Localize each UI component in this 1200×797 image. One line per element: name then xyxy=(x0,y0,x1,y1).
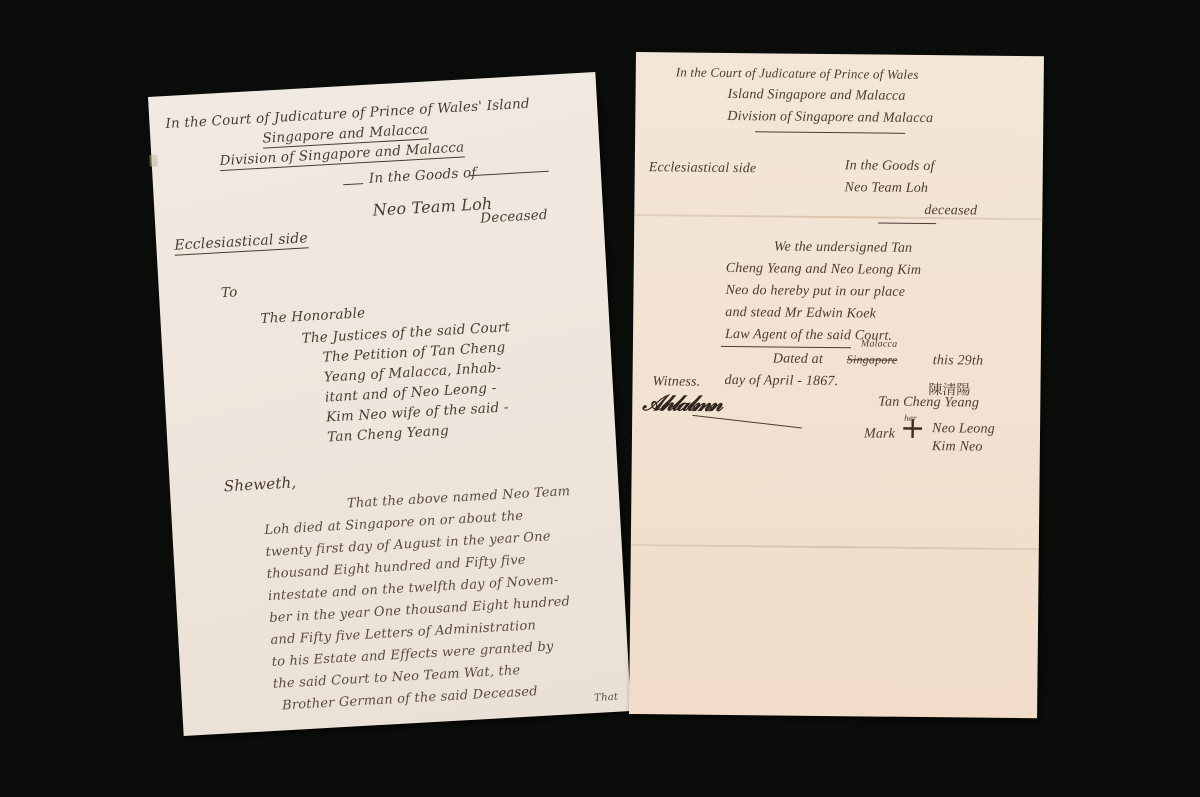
witness-signature: 𝒜𝒽𝓁𝒶𝓁𝓂𝓃 xyxy=(642,390,721,417)
body-line-1: We the undersigned Tan xyxy=(774,239,912,256)
deceased-label: deceased xyxy=(924,203,977,220)
signatory-2-line-1: Neo Leong xyxy=(932,421,995,438)
heading-line-1: In the Court of Judicature of Prince of … xyxy=(676,64,919,83)
dash-rule xyxy=(343,183,363,185)
signature-flourish xyxy=(692,415,801,429)
deceased-name: Neo Team Loh xyxy=(845,180,929,197)
deceased-name: Neo Team Loh xyxy=(372,194,493,220)
in-the-goods-of: In the Goods of xyxy=(845,158,935,175)
heading-line-3: Division of Singapore and Malacca xyxy=(727,109,933,127)
sheweth-label: Sheweth, xyxy=(223,473,296,495)
to-label: To xyxy=(221,284,238,301)
signatory-2-line-2: Kim Neo xyxy=(932,439,983,456)
dated-prefix: Dated at xyxy=(773,351,823,368)
petition-line-5: Tan Cheng Yeang xyxy=(327,423,449,446)
goods-rule xyxy=(469,171,549,176)
mark-label: Mark xyxy=(864,426,895,442)
body-line-4: and stead Mr Edwin Koek xyxy=(725,305,876,323)
body-underline xyxy=(721,346,851,348)
deceased-label: Deceased xyxy=(480,207,548,227)
fold-line-upper xyxy=(634,214,1042,220)
dated-line-2: day of April - 1867. xyxy=(724,373,838,390)
heading-underline xyxy=(755,131,905,134)
paper-stain xyxy=(149,155,158,167)
body-line-3: Neo do hereby put in our place xyxy=(725,283,905,301)
proxy-document: In the Court of Judicature of Prince of … xyxy=(629,52,1044,718)
section-divider xyxy=(878,223,936,225)
ecclesiastical-side-label: Ecclesiastical side xyxy=(649,160,757,177)
catchword: That xyxy=(594,692,618,704)
body-line-2: Cheng Yeang and Neo Leong Kim xyxy=(726,261,922,279)
honorable-label: The Honorable xyxy=(260,305,365,327)
in-the-goods-of: In the Goods of xyxy=(368,165,476,187)
ecclesiastical-side-label: Ecclesiastical side xyxy=(174,230,309,255)
petition-document: In the Court of Judicature of Prince of … xyxy=(148,72,631,736)
struck-place: Singapore xyxy=(847,352,898,368)
dated-suffix: this 29th xyxy=(933,353,984,370)
inserted-place: Malacca xyxy=(861,338,898,349)
witness-label: Witness. xyxy=(652,374,700,391)
heading-line-2: Island Singapore and Malacca xyxy=(727,87,905,105)
signatory-1: Tan Cheng Yeang xyxy=(878,395,979,412)
fold-line-lower xyxy=(631,544,1039,550)
body-line-1: That the above named Neo Team xyxy=(347,484,571,511)
mark-cross: + xyxy=(900,411,926,446)
